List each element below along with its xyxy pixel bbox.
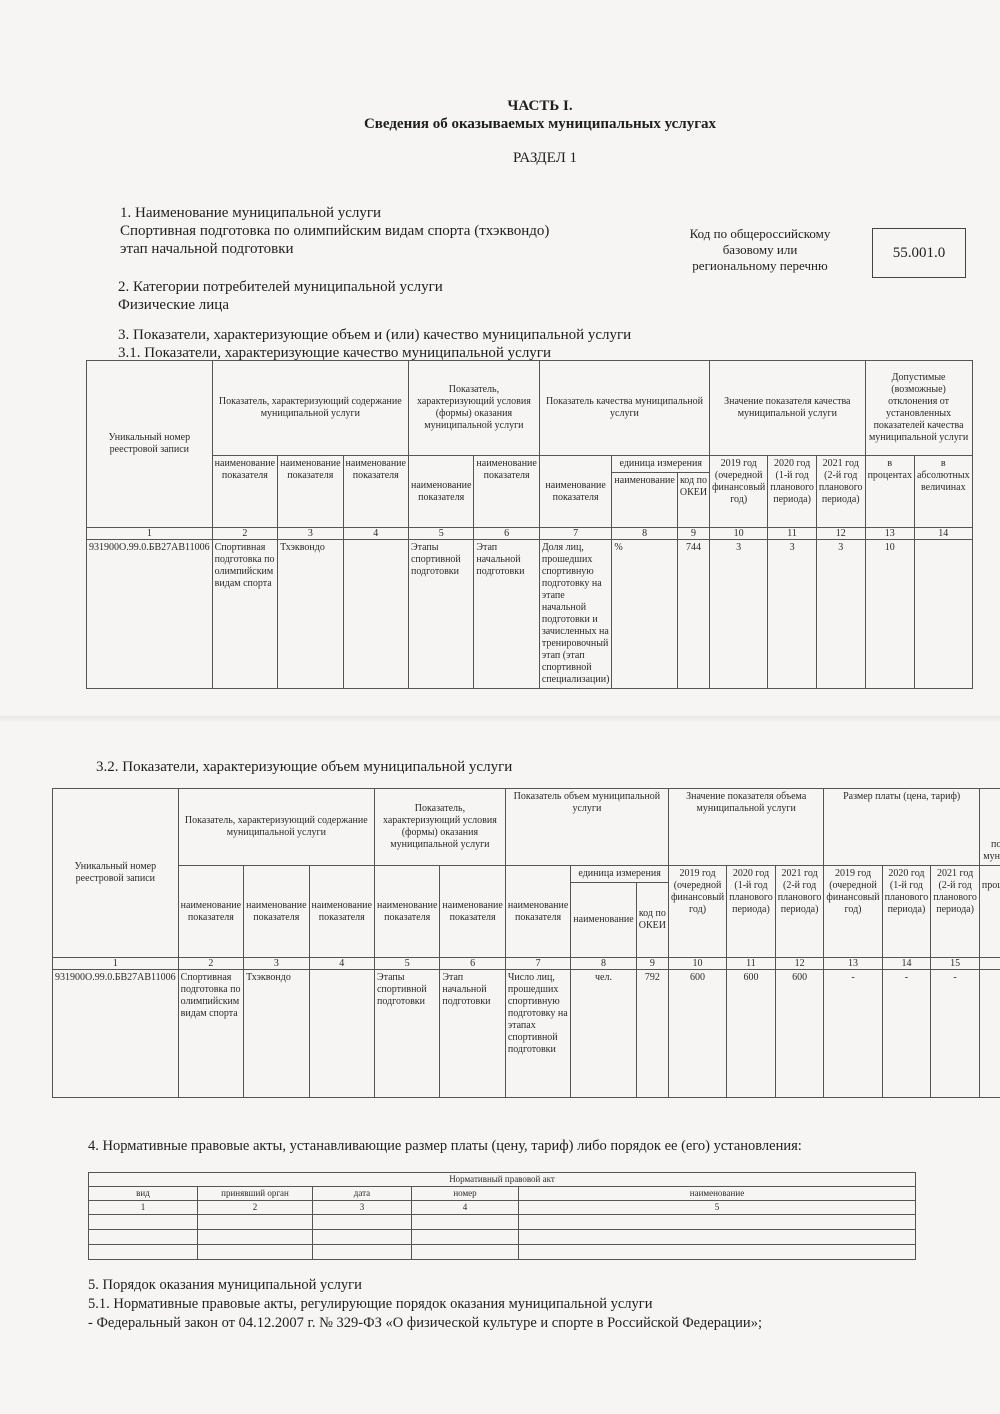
legal-act-cell bbox=[198, 1245, 313, 1260]
cell-c5: Этапы спортивной подготовки bbox=[408, 540, 473, 689]
item5-block: 5. Порядок оказания муниципальной услуги… bbox=[88, 1276, 762, 1333]
item4-heading: 4. Нормативные правовые акты, устанавлив… bbox=[88, 1138, 802, 1155]
column-number: 5 bbox=[408, 528, 473, 540]
cell-unique: 931900О.99.0.БВ27АВ11006 bbox=[53, 970, 179, 1098]
h-unit: единица измерения bbox=[612, 456, 710, 473]
legal-act-cell bbox=[412, 1215, 519, 1230]
legal-act-cell bbox=[519, 1230, 916, 1245]
legal-act-cell bbox=[198, 1215, 313, 1230]
legal-act-cell bbox=[89, 1245, 198, 1260]
column-number: 2 bbox=[198, 1201, 313, 1215]
column-number: 11 bbox=[768, 528, 817, 540]
column-number: 5 bbox=[519, 1201, 916, 1215]
service-name: Спортивная подготовка по олимпийским вид… bbox=[120, 222, 549, 240]
cell-c14 bbox=[914, 540, 972, 689]
column-number: 6 bbox=[474, 528, 539, 540]
cell-c2: Спортивная подготовка по олимпийским вид… bbox=[212, 540, 277, 689]
item5-heading: 5. Порядок оказания муниципальной услуги bbox=[88, 1276, 762, 1295]
column-number: 4 bbox=[309, 958, 374, 970]
h-unit-name: наименование bbox=[612, 473, 677, 528]
h-percent: в процентах bbox=[979, 866, 1000, 958]
item1-heading: 1. Наименование муниципальной услуги bbox=[120, 204, 381, 222]
h-name: наименование показателя bbox=[440, 866, 505, 958]
column-number: 3 bbox=[313, 1201, 412, 1215]
h-name: наименование показателя bbox=[408, 456, 473, 528]
cell-c11: 600 bbox=[727, 970, 776, 1098]
h-name: наименование показателя bbox=[343, 456, 408, 528]
legal-act-cell bbox=[313, 1215, 412, 1230]
cell-c10: 600 bbox=[668, 970, 726, 1098]
h-name: наименование показателя bbox=[278, 456, 343, 528]
h-percent: в процентах bbox=[865, 456, 914, 528]
h-fee-y2021: 2021 год (2-й год планового периода) bbox=[931, 866, 980, 958]
h-conditions: Показатель, характеризующий условия (фор… bbox=[408, 361, 539, 456]
column-number: 13 bbox=[824, 958, 882, 970]
cell-c4 bbox=[309, 970, 374, 1098]
cell-c13: - bbox=[824, 970, 882, 1098]
cell-c16: 10 bbox=[979, 970, 1000, 1098]
h-fee-y2020: 2020 год (1-й год планового периода) bbox=[882, 866, 931, 958]
column-number: 9 bbox=[677, 528, 709, 540]
h-name: наименование показателя bbox=[374, 866, 439, 958]
legal-act-cell bbox=[412, 1245, 519, 1260]
paper-fold bbox=[0, 716, 1000, 722]
section-title: РАЗДЕЛ 1 bbox=[0, 150, 1000, 167]
column-number: 14 bbox=[914, 528, 972, 540]
cell-c7: Число лиц, прошедших спортивную подготов… bbox=[505, 970, 570, 1098]
cell-c15: - bbox=[931, 970, 980, 1098]
registry-code-label: Код по общероссийскому базовому или реги… bbox=[680, 226, 840, 274]
legal-act-col-header: дата bbox=[313, 1187, 412, 1201]
h-name: наименование показателя bbox=[244, 866, 309, 958]
column-number: 11 bbox=[727, 958, 776, 970]
column-number: 2 bbox=[178, 958, 243, 970]
code-label-line: Код по общероссийскому bbox=[680, 226, 840, 242]
h-y2020: 2020 год (1-й год планового периода) bbox=[727, 866, 776, 958]
cell-c10: 3 bbox=[710, 540, 768, 689]
cell-c7: Доля лиц, прошедших спортивную подготовк… bbox=[539, 540, 612, 689]
h-unique: Уникальный номер реестровой записи bbox=[87, 361, 213, 528]
h-y2021: 2021 год (2-й год планового периода) bbox=[775, 866, 824, 958]
h-fee: Размер платы (цена, тариф) bbox=[824, 789, 979, 866]
cell-c3: Тхэквондо bbox=[244, 970, 309, 1098]
cell-unique: 931900О.99.0.БВ27АВ11006 bbox=[87, 540, 213, 689]
cell-c3: Тхэквондо bbox=[278, 540, 343, 689]
legal-act-title: Нормативный правовой акт bbox=[89, 1173, 916, 1187]
table-row bbox=[89, 1245, 916, 1260]
table-row bbox=[89, 1230, 916, 1245]
cell-c2: Спортивная подготовка по олимпийским вид… bbox=[178, 970, 243, 1098]
h-conditions: Показатель, характеризующий условия (фор… bbox=[374, 789, 505, 866]
column-number: 7 bbox=[505, 958, 570, 970]
document-subtitle: Сведения об оказываемых муниципальных ус… bbox=[0, 116, 1000, 133]
column-number: 13 bbox=[865, 528, 914, 540]
legal-act-col-header: принявший орган bbox=[198, 1187, 313, 1201]
h-y2019: 2019 год (очередной финансовый год) bbox=[710, 456, 768, 528]
h-absolute: в абсолютных величинах bbox=[914, 456, 972, 528]
cell-c13: 10 bbox=[865, 540, 914, 689]
item3-heading: 3. Показатели, характеризующие объем и (… bbox=[118, 326, 631, 344]
h-y2021: 2021 год (2-й год планового периода) bbox=[816, 456, 865, 528]
legal-act-cell bbox=[519, 1245, 916, 1260]
h-value: Значение показателя качества муниципальн… bbox=[710, 361, 865, 456]
item32-heading: 3.2. Показатели, характеризующие объем м… bbox=[96, 758, 512, 776]
legal-act-cell bbox=[198, 1230, 313, 1245]
h-content: Показатель, характеризующий содержание м… bbox=[178, 789, 374, 866]
cell-c12: 600 bbox=[775, 970, 824, 1098]
cell-c4 bbox=[343, 540, 408, 689]
column-number: 1 bbox=[89, 1201, 198, 1215]
cell-c11: 3 bbox=[768, 540, 817, 689]
legal-act-cell bbox=[313, 1245, 412, 1260]
column-number: 3 bbox=[278, 528, 343, 540]
h-okei: код по ОКЕИ bbox=[636, 883, 668, 958]
law-reference: - Федеральный закон от 04.12.2007 г. № 3… bbox=[88, 1314, 762, 1333]
h-fee-y2019: 2019 год (очередной финансовый год) bbox=[824, 866, 882, 958]
cell-c9: 744 bbox=[677, 540, 709, 689]
column-number: 3 bbox=[244, 958, 309, 970]
cell-c6: Этап начальной подготовки bbox=[440, 970, 505, 1098]
cell-c5: Этапы спортивной подготовки bbox=[374, 970, 439, 1098]
consumer-category: Физические лица bbox=[118, 296, 229, 314]
table-row bbox=[89, 1215, 916, 1230]
column-number: 2 bbox=[212, 528, 277, 540]
service-stage: этап начальной подготовки bbox=[120, 240, 294, 258]
column-number: 6 bbox=[440, 958, 505, 970]
column-number: 1 bbox=[87, 528, 213, 540]
h-name: наименование показателя bbox=[178, 866, 243, 958]
h-y2020: 2020 год (1-й год планового периода) bbox=[768, 456, 817, 528]
table-row: 931900О.99.0.БВ27АВ11006Спортивная подго… bbox=[53, 970, 1000, 1098]
column-number: 8 bbox=[612, 528, 677, 540]
column-number: 10 bbox=[668, 958, 726, 970]
cell-c6: Этап начальной подготовки bbox=[474, 540, 539, 689]
h-deviation: Допустимые (возможные) отклонения от уст… bbox=[865, 361, 972, 456]
h-y2019: 2019 год (очередной финансовый год) bbox=[668, 866, 726, 958]
column-number: 16 bbox=[979, 958, 1000, 970]
legal-act-cell bbox=[89, 1230, 198, 1245]
h-indicator: Показатель объем муниципальной услуги bbox=[505, 789, 668, 866]
column-number: 10 bbox=[710, 528, 768, 540]
code-label-line: базовому или bbox=[680, 242, 840, 258]
column-number: 9 bbox=[636, 958, 668, 970]
volume-indicators-table: Уникальный номер реестровой записи Показ… bbox=[52, 788, 1000, 1098]
item51-heading: 5.1. Нормативные правовые акты, регулиру… bbox=[88, 1295, 762, 1314]
quality-indicators-table: Уникальный номер реестровой записи Показ… bbox=[86, 360, 973, 689]
column-number: 1 bbox=[53, 958, 179, 970]
h-unique: Уникальный номер реестровой записи bbox=[53, 789, 179, 958]
column-number: 8 bbox=[571, 958, 636, 970]
column-number: 4 bbox=[412, 1201, 519, 1215]
registry-code-box: 55.001.0 bbox=[872, 228, 966, 278]
h-unit: единица измерения bbox=[571, 866, 669, 883]
h-indicator: Показатель качества муниципальной услуги bbox=[539, 361, 709, 456]
h-unit-name: наименование bbox=[571, 883, 636, 958]
legal-act-col-header: номер bbox=[412, 1187, 519, 1201]
h-name: наименование показателя bbox=[474, 456, 539, 528]
h-deviation: Допустимые (возможные) отклонения от уст… bbox=[979, 789, 1000, 866]
column-number: 12 bbox=[816, 528, 865, 540]
item2-heading: 2. Категории потребителей муниципальной … bbox=[118, 278, 443, 296]
h-name: наименование показателя bbox=[505, 866, 570, 958]
code-label-line: региональному перечню bbox=[680, 258, 840, 274]
h-okei: код по ОКЕИ bbox=[677, 473, 709, 528]
column-number: 7 bbox=[539, 528, 612, 540]
h-name: наименование показателя bbox=[309, 866, 374, 958]
h-name: наименование показателя bbox=[212, 456, 277, 528]
legal-act-cell bbox=[412, 1230, 519, 1245]
legal-act-cell bbox=[519, 1215, 916, 1230]
legal-act-col-header: вид bbox=[89, 1187, 198, 1201]
column-number: 4 bbox=[343, 528, 408, 540]
column-number: 14 bbox=[882, 958, 931, 970]
cell-c9: 792 bbox=[636, 970, 668, 1098]
column-number: 5 bbox=[374, 958, 439, 970]
cell-c8: чел. bbox=[571, 970, 636, 1098]
cell-c14: - bbox=[882, 970, 931, 1098]
cell-c12: 3 bbox=[816, 540, 865, 689]
h-content: Показатель, характеризующий содержание м… bbox=[212, 361, 408, 456]
h-name: наименование показателя bbox=[539, 456, 612, 528]
legal-acts-table: Нормативный правовой акт видпринявший ор… bbox=[88, 1172, 916, 1260]
h-value: Значение показателя объема муниципальной… bbox=[668, 789, 823, 866]
legal-act-cell bbox=[89, 1215, 198, 1230]
column-number: 15 bbox=[931, 958, 980, 970]
legal-act-col-header: наименование bbox=[519, 1187, 916, 1201]
cell-c8: % bbox=[612, 540, 677, 689]
table-row: 931900О.99.0.БВ27АВ11006Спортивная подго… bbox=[87, 540, 973, 689]
part-title: ЧАСТЬ I. bbox=[0, 98, 1000, 115]
legal-act-cell bbox=[313, 1230, 412, 1245]
column-number: 12 bbox=[775, 958, 824, 970]
